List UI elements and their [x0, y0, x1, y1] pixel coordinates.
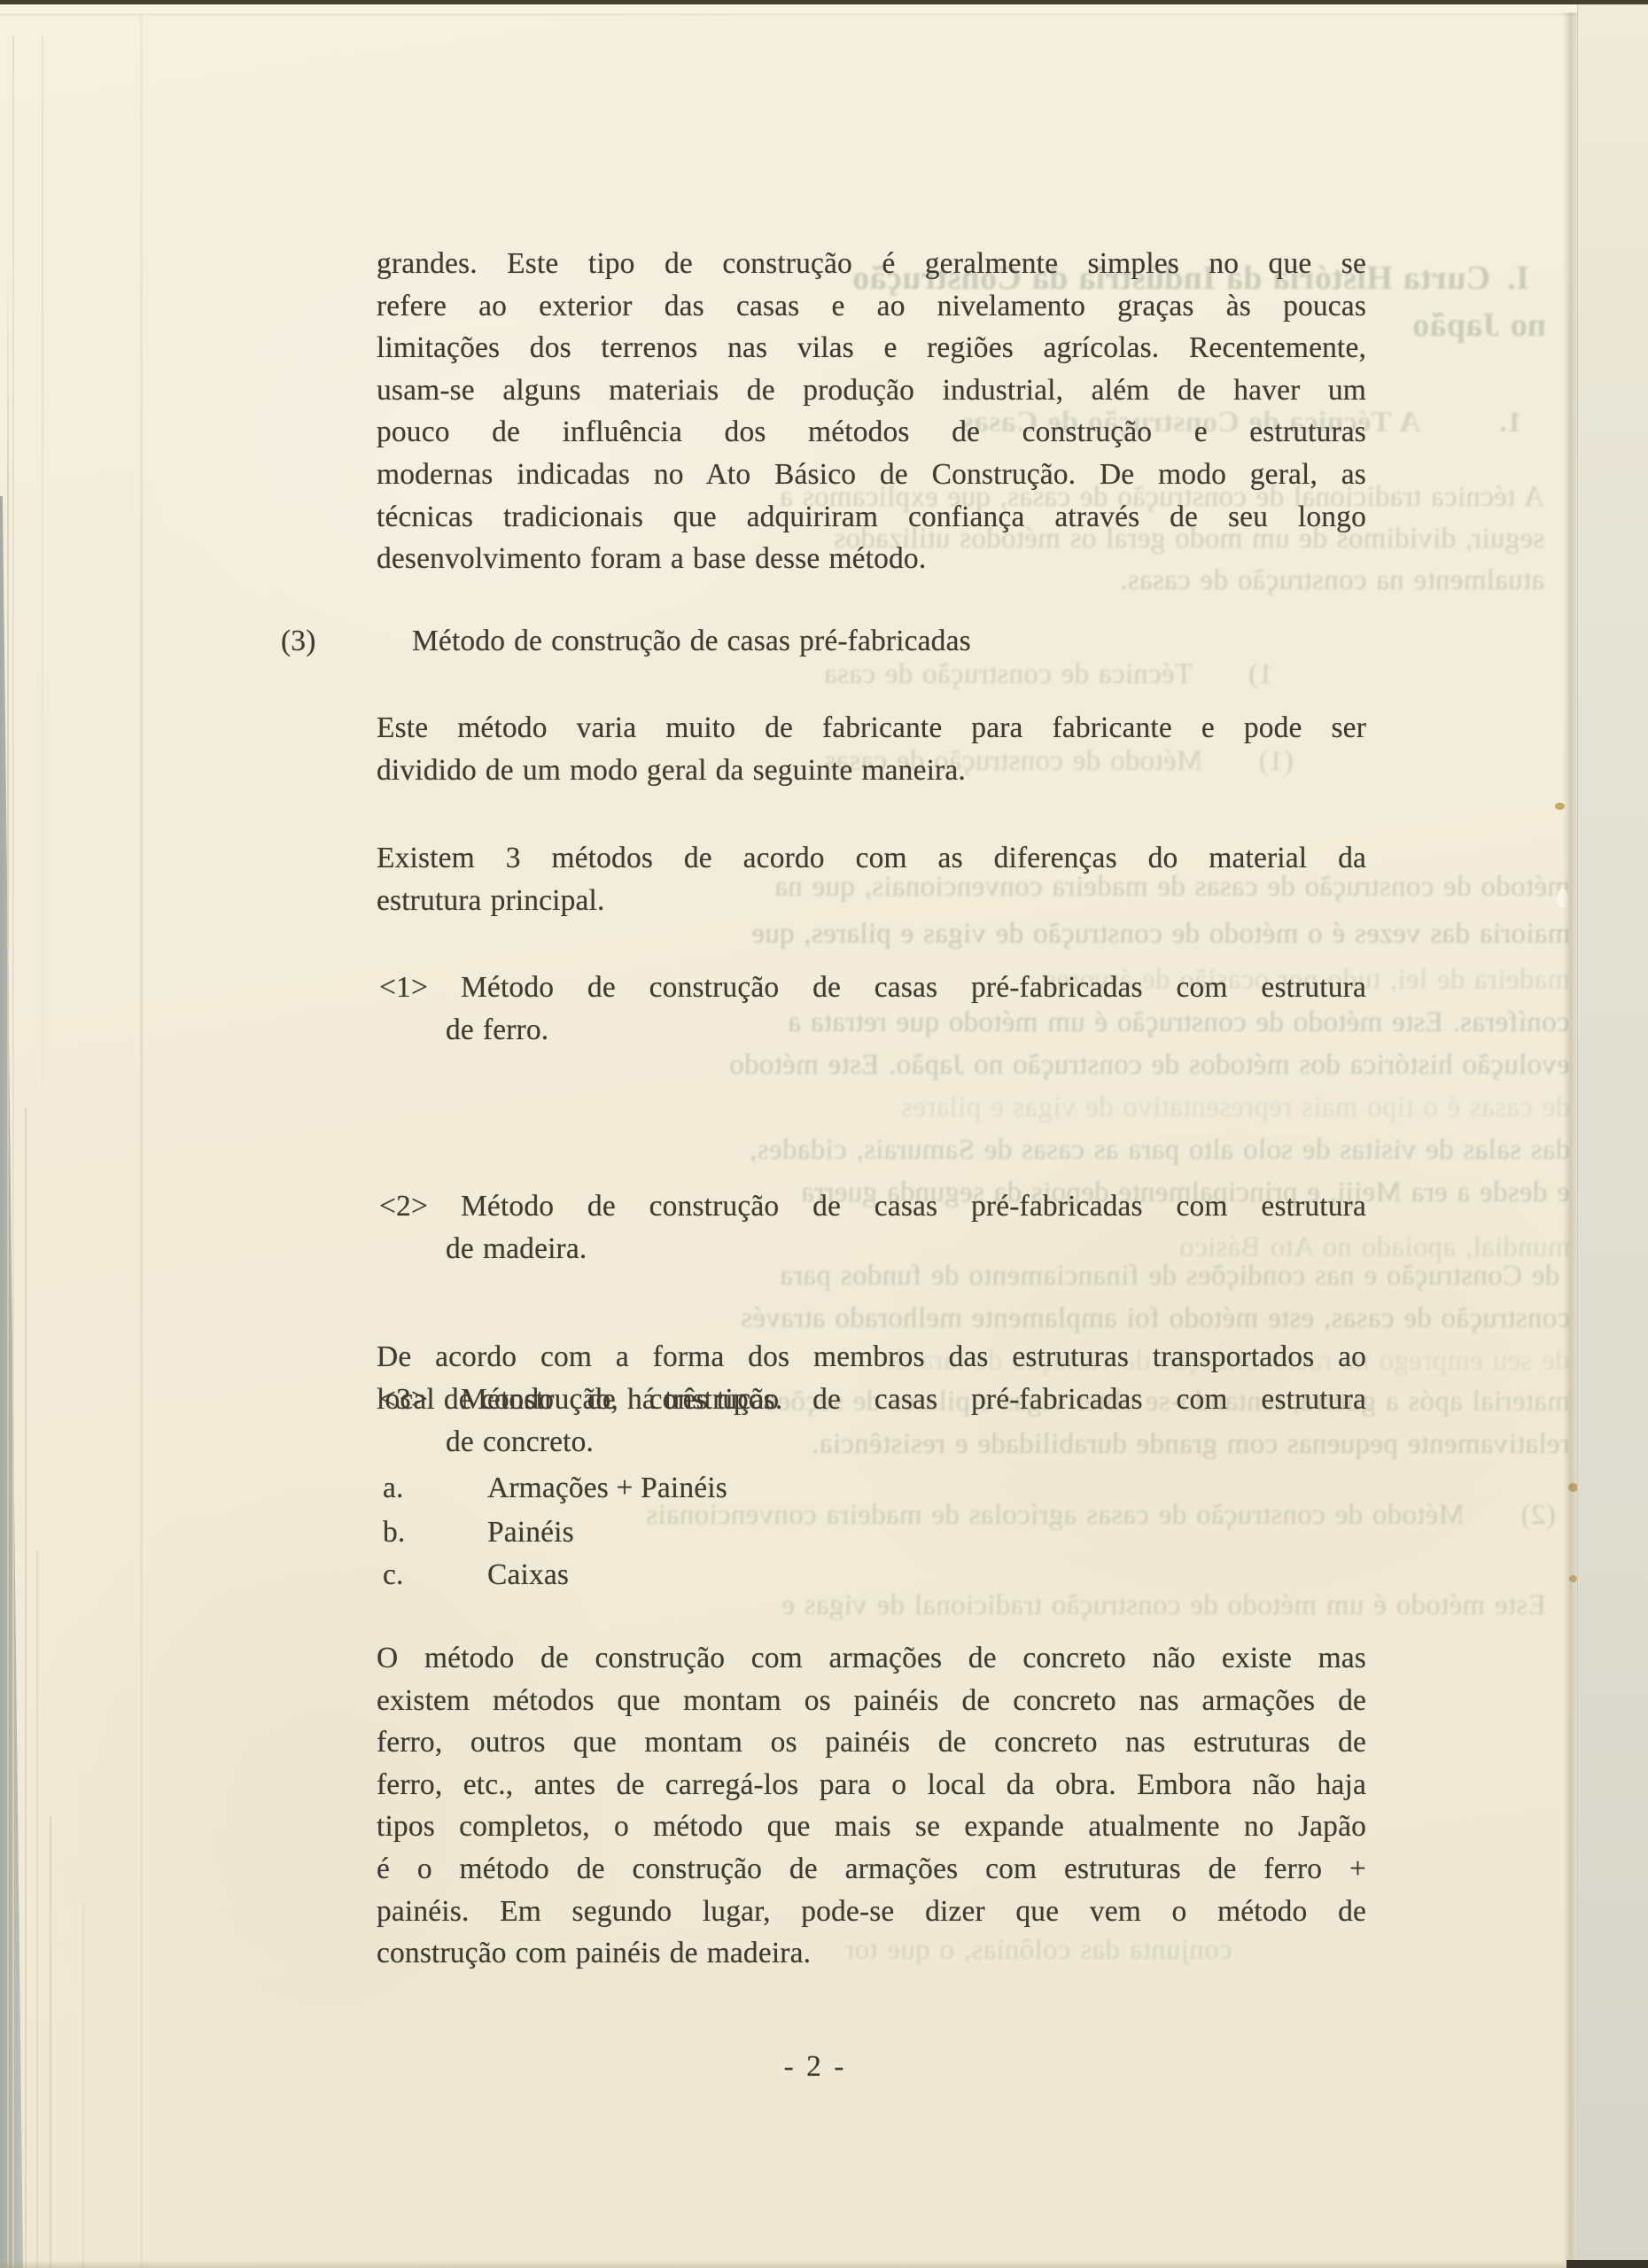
- text-line: limitações dos terrenos nas vilas e regi…: [377, 327, 1366, 369]
- text-line: técnicas tradicionais que adquiriram con…: [377, 496, 1366, 539]
- text-line: de madeira.: [446, 1228, 1366, 1270]
- text-line: de ferro.: [446, 1009, 1366, 1052]
- text-line: de concreto.: [446, 1421, 1366, 1464]
- type-list-item-c: c.Caixas: [383, 1553, 569, 1597]
- item-text: Painéis: [487, 1516, 574, 1549]
- text-line: Existem 3 métodos de acordo com as difer…: [377, 837, 1366, 880]
- paragraph: De acordo com a forma dos membros das es…: [377, 1336, 1366, 1420]
- item-marker: b.: [383, 1511, 487, 1555]
- document-page: I.Curta História da Indústria da Constru…: [0, 0, 1648, 2268]
- list-item-1: <1> Método de construção de casas pré-fa…: [377, 967, 1366, 1051]
- text-line: estrutura principal.: [377, 880, 1366, 922]
- text-line: ferro, etc., antes de carregá-los para o…: [377, 1764, 1366, 1806]
- text-line: O método de construção com armações de c…: [377, 1637, 1366, 1680]
- text-line: desenvolvimento foram a base desse métod…: [377, 538, 1366, 580]
- text-line: refere ao exterior das casas e ao nivela…: [377, 285, 1366, 328]
- item-marker: c.: [383, 1553, 487, 1597]
- item-marker: a.: [383, 1466, 487, 1511]
- page-number: - 2 -: [735, 2050, 895, 2084]
- type-list-item-b: b.Painéis: [383, 1511, 574, 1555]
- paragraph: Existem 3 métodos de acordo com as difer…: [377, 837, 1366, 921]
- text-line: tipos completos, o método que mais se ex…: [377, 1806, 1366, 1848]
- text-line: Este método varia muito de fabricante pa…: [377, 707, 1366, 750]
- text-line: Método de construção de casas pré-fabric…: [461, 967, 1366, 1009]
- type-list-item-a: a.Armações + Painéis: [383, 1466, 727, 1511]
- item-marker: <1>: [379, 967, 428, 1009]
- list-item-2: <2> Método de construção de casas pré-fa…: [377, 1185, 1366, 1270]
- text-line: dividido de um modo geral da seguinte ma…: [377, 750, 1366, 792]
- paragraph-intro: grandes. Este tipo de construção é geral…: [377, 243, 1366, 580]
- section-number: (3): [281, 620, 412, 663]
- section-title: Método de construção de casas pré-fabric…: [412, 625, 971, 657]
- paragraph: Este método varia muito de fabricante pa…: [377, 707, 1366, 791]
- text-line: usam-se alguns materiais de produção ind…: [377, 369, 1366, 412]
- text-line: grandes. Este tipo de construção é geral…: [377, 243, 1366, 285]
- text-line: existem métodos que montam os painéis de…: [377, 1680, 1366, 1722]
- text-line: é o método de construção de armações com…: [377, 1848, 1366, 1891]
- text-layer: grandes. Este tipo de construção é geral…: [0, 0, 1648, 2268]
- text-line: modernas indicadas no Ato Básico de Cons…: [377, 454, 1366, 496]
- text-line: ferro, outros que montam os painéis de c…: [377, 1721, 1366, 1764]
- text-line: construção com painéis de madeira.: [377, 1932, 1366, 1975]
- item-text: Caixas: [487, 1558, 569, 1591]
- text-line: Método de construção de casas pré-fabric…: [461, 1185, 1366, 1228]
- item-marker: <2>: [379, 1185, 428, 1228]
- section-heading: (3)Método de construção de casas pré-fab…: [281, 620, 1366, 663]
- text-line: local de construção, há três tipos.: [377, 1379, 1366, 1421]
- text-line: pouco de influência dos métodos de const…: [377, 411, 1366, 454]
- text-line: De acordo com a forma dos membros das es…: [377, 1336, 1366, 1379]
- paragraph-final: O método de construção com armações de c…: [377, 1637, 1366, 1975]
- scanned-document: { "page": { "number_label": "- 2 -" }, "…: [0, 0, 1648, 2268]
- text-line: painéis. Em segundo lugar, pode-se dizer…: [377, 1891, 1366, 1933]
- item-text: Armações + Painéis: [487, 1472, 727, 1504]
